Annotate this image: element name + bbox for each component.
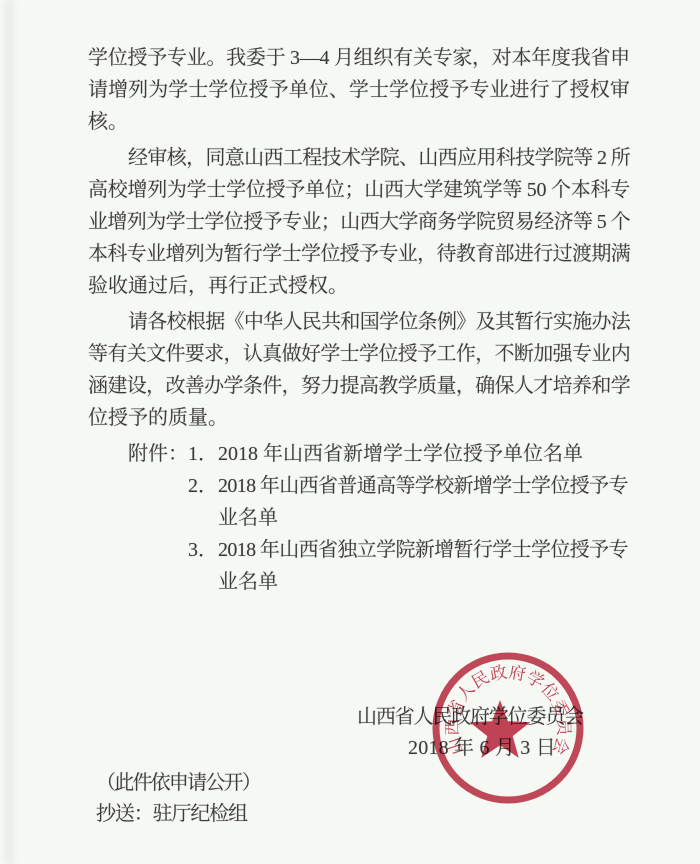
- text-line: 本科专业增列为暂行学士学位授予专业，待教育部进行过渡期满: [88, 238, 630, 270]
- signature-org-text: 山西省人民政府学位委员会: [357, 706, 583, 728]
- attachment-number: 1．: [188, 438, 218, 470]
- scanned-document-page: 学位授予专业。我委于 3—4 月组织有关专家，对本年度我省申 请增列为学士学位授…: [0, 0, 700, 864]
- attachment-number: 3．: [188, 534, 218, 566]
- attachment-number: 2．: [188, 470, 218, 502]
- text-line-content: 涵建设，改善办学条件，努力提高教学质量，确保人才培养和学: [88, 375, 630, 397]
- attachment-title-continued: 业名单: [218, 571, 278, 593]
- cc-line: 抄送：驻厅纪检组: [96, 799, 260, 830]
- text-line-content: 核。: [88, 111, 128, 133]
- attachment-item-wrap: 业名单: [88, 566, 630, 598]
- paragraph: 学位授予专业。我委于 3—4 月组织有关专家，对本年度我省申 请增列为学士学位授…: [88, 42, 630, 138]
- text-line-content: 学位授予专业。我委于 3—4 月组织有关专家，对本年度我省申: [88, 47, 630, 69]
- cc-line-text: 抄送：驻厅纪检组: [96, 803, 247, 825]
- text-line: 高校增列为学士学位授予单位；山西大学建筑学等 50 个本科专: [88, 174, 630, 206]
- text-line-content: 验收通过后，再行正式授权。: [88, 275, 348, 297]
- text-line: 涵建设，改善办学条件，努力提高教学质量，确保人才培养和学: [88, 370, 630, 402]
- attachment-item: 附件：1．2018 年山西省新增学士学位授予单位名单: [88, 438, 630, 470]
- text-line-content: 请各校根据《中华人民共和国学位条例》及其暂行实施办法: [128, 311, 630, 333]
- signature-date: 2018 年 6 月 3 日: [408, 733, 568, 763]
- signature-date-text: 2018 年 6 月 3 日: [408, 737, 556, 759]
- disclosure-note: （此件依申请公开）: [96, 768, 260, 799]
- text-line-content: 位授予的质量。: [88, 407, 228, 429]
- text-line: 请增列为学士学位授予单位、学士学位授予专业进行了授权审: [88, 74, 630, 106]
- paragraph: 请各校根据《中华人民共和国学位条例》及其暂行实施办法 等有关文件要求，认真做好学…: [88, 306, 630, 434]
- signature-org: 山西省人民政府学位委员会: [357, 701, 591, 733]
- attachment-title: 2018 年山西省新增学士学位授予单位名单: [218, 443, 583, 465]
- text-line: 核。: [88, 106, 630, 138]
- document-body: 学位授予专业。我委于 3—4 月组织有关专家，对本年度我省申 请增列为学士学位授…: [88, 42, 630, 598]
- paragraph: 经审核，同意山西工程技术学院、山西应用科技学院等 2 所 高校增列为学士学位授予…: [88, 142, 630, 302]
- document-footer: （此件依申请公开） 抄送：驻厅纪检组: [96, 768, 260, 830]
- attachment-list: 附件：1．2018 年山西省新增学士学位授予单位名单 2．2018 年山西省普通…: [88, 438, 630, 598]
- text-line-content: 业增列为学士学位授予专业；山西大学商务学院贸易经济等 5 个: [88, 211, 630, 233]
- attachment-item: 2．2018 年山西省普通高等学校新增学士学位授予专: [88, 470, 630, 502]
- text-line: 经审核，同意山西工程技术学院、山西应用科技学院等 2 所: [88, 142, 630, 174]
- text-line-content: 本科专业增列为暂行学士学位授予专业，待教育部进行过渡期满: [88, 243, 630, 265]
- text-line: 业增列为学士学位授予专业；山西大学商务学院贸易经济等 5 个: [88, 206, 630, 238]
- attachment-title-continued: 业名单: [218, 507, 278, 529]
- text-line: 等有关文件要求，认真做好学士学位授予工作，不断加强专业内: [88, 338, 630, 370]
- text-line: 验收通过后，再行正式授权。: [88, 270, 630, 302]
- text-line-content: 高校增列为学士学位授予单位；山西大学建筑学等 50 个本科专: [88, 179, 630, 201]
- attachment-title: 2018 年山西省独立学院新增暂行学士学位授予专: [218, 539, 628, 561]
- attachment-label: 附件：: [128, 438, 188, 470]
- text-line: 请各校根据《中华人民共和国学位条例》及其暂行实施办法: [88, 306, 630, 338]
- text-line-content: 请增列为学士学位授予单位、学士学位授予专业进行了授权审: [88, 79, 630, 101]
- text-line-content: 等有关文件要求，认真做好学士学位授予工作，不断加强专业内: [88, 343, 630, 365]
- attachment-item-wrap: 业名单: [88, 502, 630, 534]
- text-line: 位授予的质量。: [88, 402, 630, 434]
- attachment-item: 3．2018 年山西省独立学院新增暂行学士学位授予专: [88, 534, 630, 566]
- text-line-content: 经审核，同意山西工程技术学院、山西应用科技学院等 2 所: [128, 147, 630, 169]
- attachment-title: 2018 年山西省普通高等学校新增学士学位授予专: [218, 475, 628, 497]
- text-line: 学位授予专业。我委于 3—4 月组织有关专家，对本年度我省申: [88, 42, 630, 74]
- disclosure-note-text: （此件依申请公开）: [96, 772, 260, 794]
